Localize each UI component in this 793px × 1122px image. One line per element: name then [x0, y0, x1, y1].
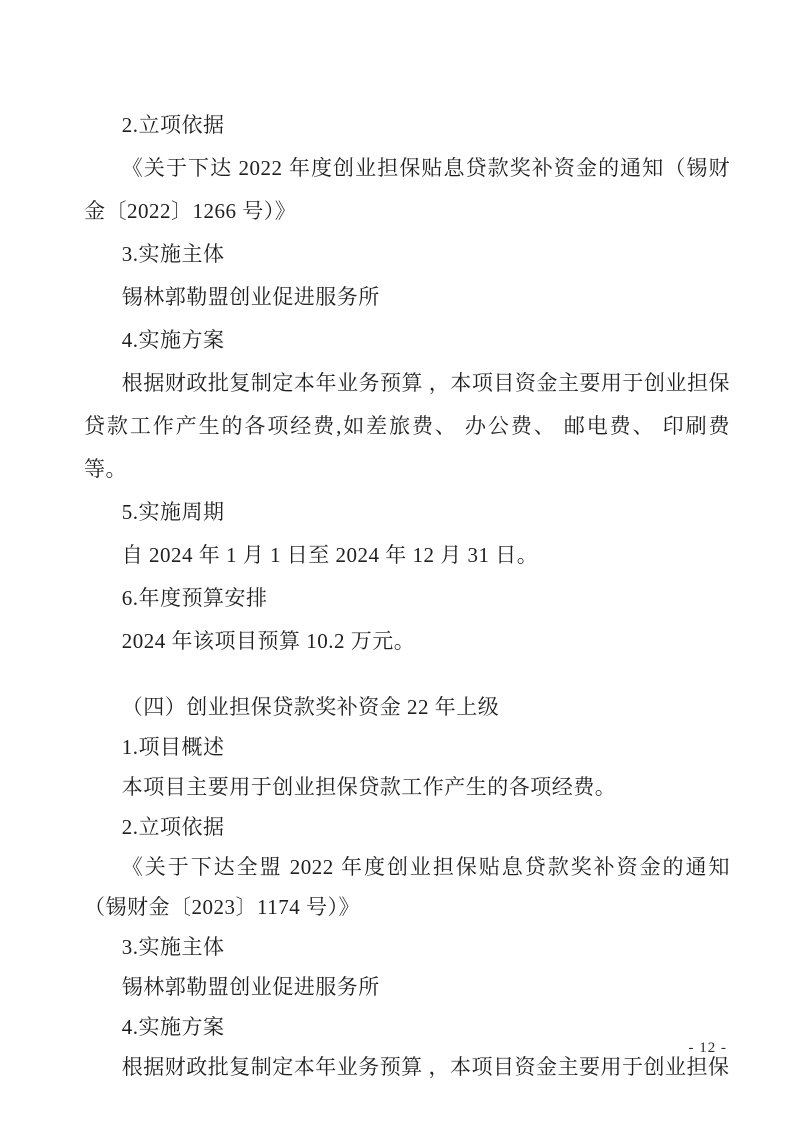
doc-paragraph-heading: 6.年度预算安排 — [84, 577, 730, 620]
doc-paragraph-heading: 4.实施方案 — [84, 319, 730, 362]
doc-paragraph: 锡林郭勒盟创业促进服务所 — [84, 967, 730, 1007]
document-page: 2.立项依据 《关于下达 2022 年度创业担保贴息贷款奖补资金的通知（锡财金〔… — [0, 0, 793, 1122]
document-body: 2.立项依据 《关于下达 2022 年度创业担保贴息贷款奖补资金的通知（锡财金〔… — [84, 104, 730, 1087]
section-continued: 2.立项依据 《关于下达 2022 年度创业担保贴息贷款奖补资金的通知（锡财金〔… — [84, 104, 730, 663]
section-four: （四）创业担保贷款奖补资金 22 年上级 1.项目概述 本项目主要用于创业担保贷… — [84, 687, 730, 1087]
doc-paragraph: 2024 年该项目预算 10.2 万元。 — [84, 620, 730, 663]
doc-paragraph: 《关于下达 2022 年度创业担保贴息贷款奖补资金的通知（锡财金〔2022〕12… — [84, 147, 730, 233]
doc-paragraph: 《关于下达全盟 2022 年度创业担保贴息贷款奖补资金的通知（锡财金〔2023〕… — [84, 847, 730, 927]
doc-paragraph: 自 2024 年 1 月 1 日至 2024 年 12 月 31 日。 — [84, 534, 730, 577]
doc-paragraph-heading: 3.实施主体 — [84, 233, 730, 276]
doc-paragraph: 本项目主要用于创业担保贷款工作产生的各项经费。 — [84, 767, 730, 807]
page-number: - 12 - — [689, 1040, 728, 1057]
doc-paragraph-heading: 1.项目概述 — [84, 727, 730, 767]
doc-paragraph-heading: 2.立项依据 — [84, 807, 730, 847]
doc-paragraph-heading: 3.实施主体 — [84, 927, 730, 967]
doc-paragraph-heading: 5.实施周期 — [84, 491, 730, 534]
doc-paragraph: 锡林郭勒盟创业促进服务所 — [84, 276, 730, 319]
doc-paragraph: 根据财政批复制定本年业务预算 ，本项目资金主要用于创业担保贷款工作产生的各项经费… — [84, 362, 730, 491]
doc-paragraph-heading: 4.实施方案 — [84, 1007, 730, 1047]
doc-paragraph-heading: 2.立项依据 — [84, 104, 730, 147]
doc-paragraph: 根据财政批复制定本年业务预算 ，本项目资金主要用于创业担保 — [84, 1047, 730, 1087]
section-four-title: （四）创业担保贷款奖补资金 22 年上级 — [84, 687, 730, 727]
